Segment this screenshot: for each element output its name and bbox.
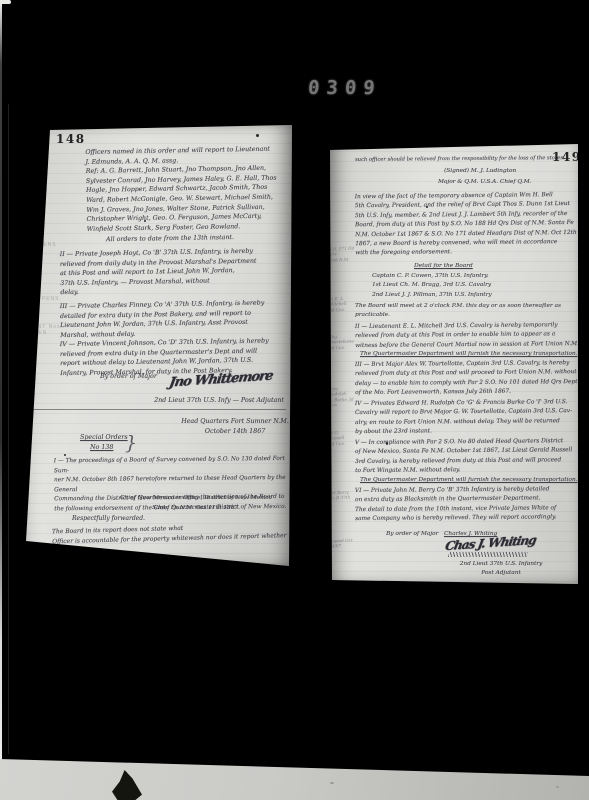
order-iv: IV — Privates Edward H. Rudolph Co 'G' &…: [355, 398, 579, 438]
margin-note: Lt G. Russell 3d Cav.: [329, 430, 356, 447]
frame-number-stamp: 0309: [307, 77, 419, 99]
continuation-line: such officer should be relieved from the…: [355, 155, 565, 163]
scanner-edge-strip: [0, 0, 2, 800]
qm-office-dateline: Chief Quartermaster Office, District of …: [94, 494, 298, 513]
order-i-continued: In view of the fact of the temporary abs…: [355, 191, 580, 259]
scanner-corner-mark: [0, 0, 11, 4]
endorsement-body: The Board in its report does not state w…: [52, 521, 300, 546]
margin-stamp: N PENS: [32, 242, 57, 248]
tray-speck: [556, 786, 559, 788]
order-iii: III — Private Charles Finney, Co 'A' 37t…: [60, 298, 293, 340]
order-v: V — In compliance with Par 2 S.O. No 80 …: [355, 437, 579, 477]
qm-transport-line-2: The Quartermaster Department will furnis…: [360, 476, 578, 485]
scanner-frame-line: [8, 104, 9, 754]
margin-note: Pvt Berry Co B 37th: [329, 490, 355, 502]
section-rule: [28, 409, 286, 410]
detail-heading: Detail for the Board: [414, 262, 473, 271]
tray-speck: [330, 782, 334, 784]
detail-list: Captain C. P. Cowen, 37th U.S. Infantry.…: [372, 272, 552, 300]
by-order-line: By order of Major: [100, 372, 157, 382]
margin-stamp: M PPENS: [30, 296, 60, 302]
margin-note: Pvts Rudolph & Burke 3d Cav: [329, 386, 356, 409]
order-vi: VI — Private John M. Berry Co 'B' 37th I…: [355, 485, 579, 525]
ink-speck: [426, 206, 428, 208]
right-page: 149 S.O. 171 Hd Qrs Dist N.M. Lt E. L. M…: [326, 142, 580, 586]
adjutant-title-line: 2nd Lieut 37th U.S. Infantry Post Adjuta…: [446, 560, 556, 579]
order-iii: III — Brvt Major Alex W. Tourtellotte, C…: [355, 359, 579, 399]
endorsement-forwarded: Respectfully forwarded.: [72, 515, 145, 522]
roster-note: All orders to date from the 13th instant…: [106, 233, 234, 245]
by-order-line: By order of Major: [386, 530, 438, 539]
adjutant-title-line: 2nd Lieut 37th U.S. Infy — Post Adjutant: [134, 396, 304, 406]
special-orders-heading: Special Orders: [80, 433, 128, 443]
order-ii: II — Private Joseph Hoyt, Co 'B' 37th U.…: [60, 246, 293, 298]
signed-title: Major & Q.M. U.S.A. Chief Q.M.: [438, 178, 531, 187]
board-meeting-line: The Board will meet at 2 o'clock P.M. th…: [355, 302, 579, 321]
page-number-left: 148: [56, 132, 86, 146]
scanner-tray-band: [0, 756, 589, 800]
margin-note: Copied Oct 14/67: [329, 538, 355, 550]
signed-line: (Signed) M. J. Ludington: [444, 167, 516, 176]
heading-brace: }: [125, 432, 137, 454]
margin-note: S.O. 171 Hd Qrs Dist N.M.: [329, 246, 356, 263]
tray-debris-blob: [112, 770, 142, 800]
order-ii: II — Lieutenant E. L. Mitchell 3rd U.S. …: [355, 321, 579, 351]
ink-speck: [64, 454, 66, 456]
margin-note: Maj Tourtellotte 3d Cav.: [329, 334, 356, 351]
signature-flourish: [448, 552, 528, 557]
headquarters-dateline: Head Quarters Fort Sumner N.M. October 1…: [159, 417, 311, 436]
ink-speck: [144, 220, 146, 222]
qm-transport-line: The Quartermaster Department will furnis…: [360, 350, 578, 359]
special-orders-number: No 138: [90, 443, 113, 453]
margin-note: Lt E. L. Mitchell 3d Cav.: [329, 296, 356, 313]
roster-paragraph: Officers named in this order and will re…: [85, 144, 298, 234]
scanned-document-image: 0309 148 N PENS M PPENS POINT Nos TAKEN …: [0, 0, 589, 800]
left-page: 148 N PENS M PPENS POINT Nos TAKEN Offic…: [24, 124, 294, 570]
ink-speck: [386, 442, 388, 445]
margin-stamp: POINT Nos TAKEN: [26, 324, 60, 336]
ink-speck: [256, 134, 259, 137]
